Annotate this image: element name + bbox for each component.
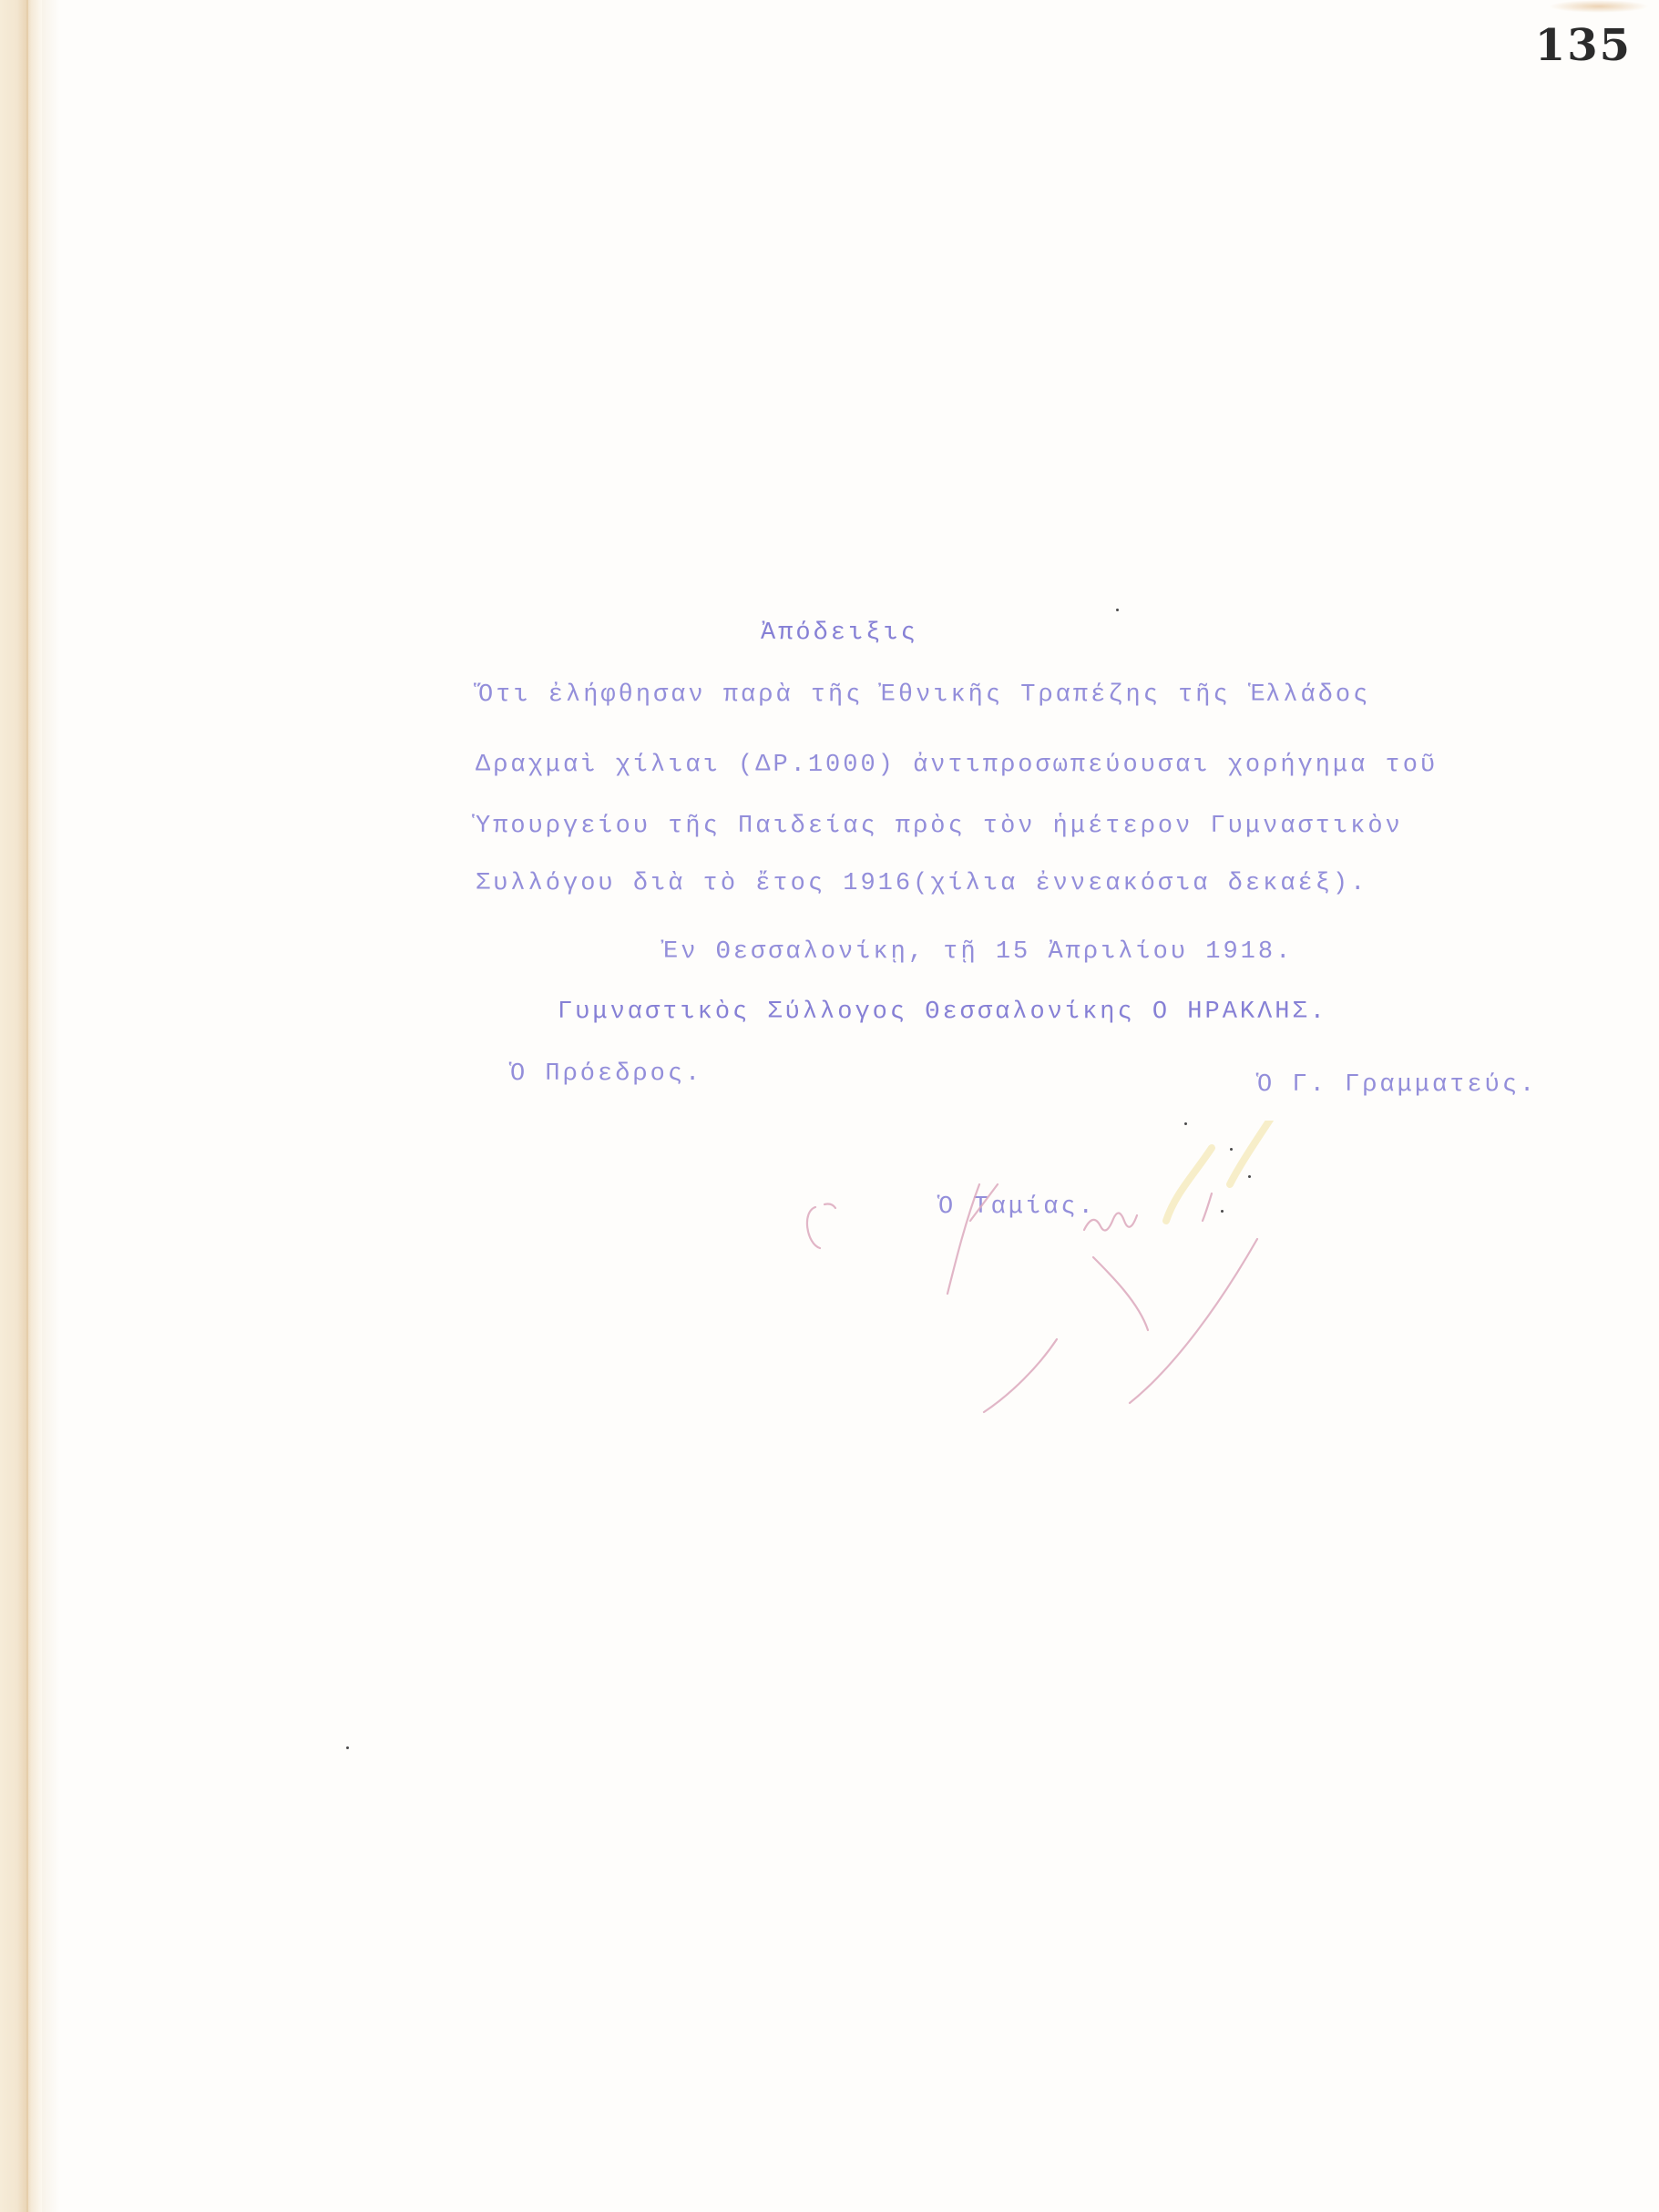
ink-speck <box>1184 1122 1187 1125</box>
secretary-label: Ὁ Γ. Γραμματεύς. <box>1257 1071 1537 1099</box>
folio-number: 135 <box>1535 20 1632 71</box>
president-label: Ὁ Πρόεδρος. <box>510 1060 702 1088</box>
body-line: Ὑπουργείου τῆς Παιδείας πρὸς τὸν ἡμέτερο… <box>476 813 1403 840</box>
body-line: Συλλόγου διὰ τὸ ἔτος 1916(χίλια ἐννεακόσ… <box>476 870 1367 897</box>
ink-speck <box>346 1746 349 1749</box>
ink-speck <box>1221 1210 1224 1213</box>
document-title: Ἀπόδειξις <box>761 620 918 647</box>
paper-stain <box>1549 0 1649 13</box>
ink-speck <box>1116 609 1119 611</box>
body-line: Ὅτι ἐλήφθησαν παρὰ τῆς Ἐθνικῆς Τραπέζης … <box>478 681 1370 709</box>
body-line: Δραχμαὶ χίλιαι (ΔΡ.1000) ἀντιπροσωπεύουσ… <box>476 752 1438 779</box>
page-binding-edge <box>0 0 42 2212</box>
binding-crease <box>26 0 28 2212</box>
page-shadow <box>42 0 60 2212</box>
ink-speck <box>1230 1148 1233 1151</box>
organization-name: Γυμναστικὸς Σύλλογος Θεσσαλονίκης Ο ΗΡΑΚ… <box>558 998 1327 1026</box>
place-date: Ἐν Θεσσαλονίκῃ, τῇ 15 Ἀπριλίου 1918. <box>663 938 1293 966</box>
ink-speck <box>1248 1175 1251 1178</box>
handwritten-signature <box>783 1121 1294 1421</box>
